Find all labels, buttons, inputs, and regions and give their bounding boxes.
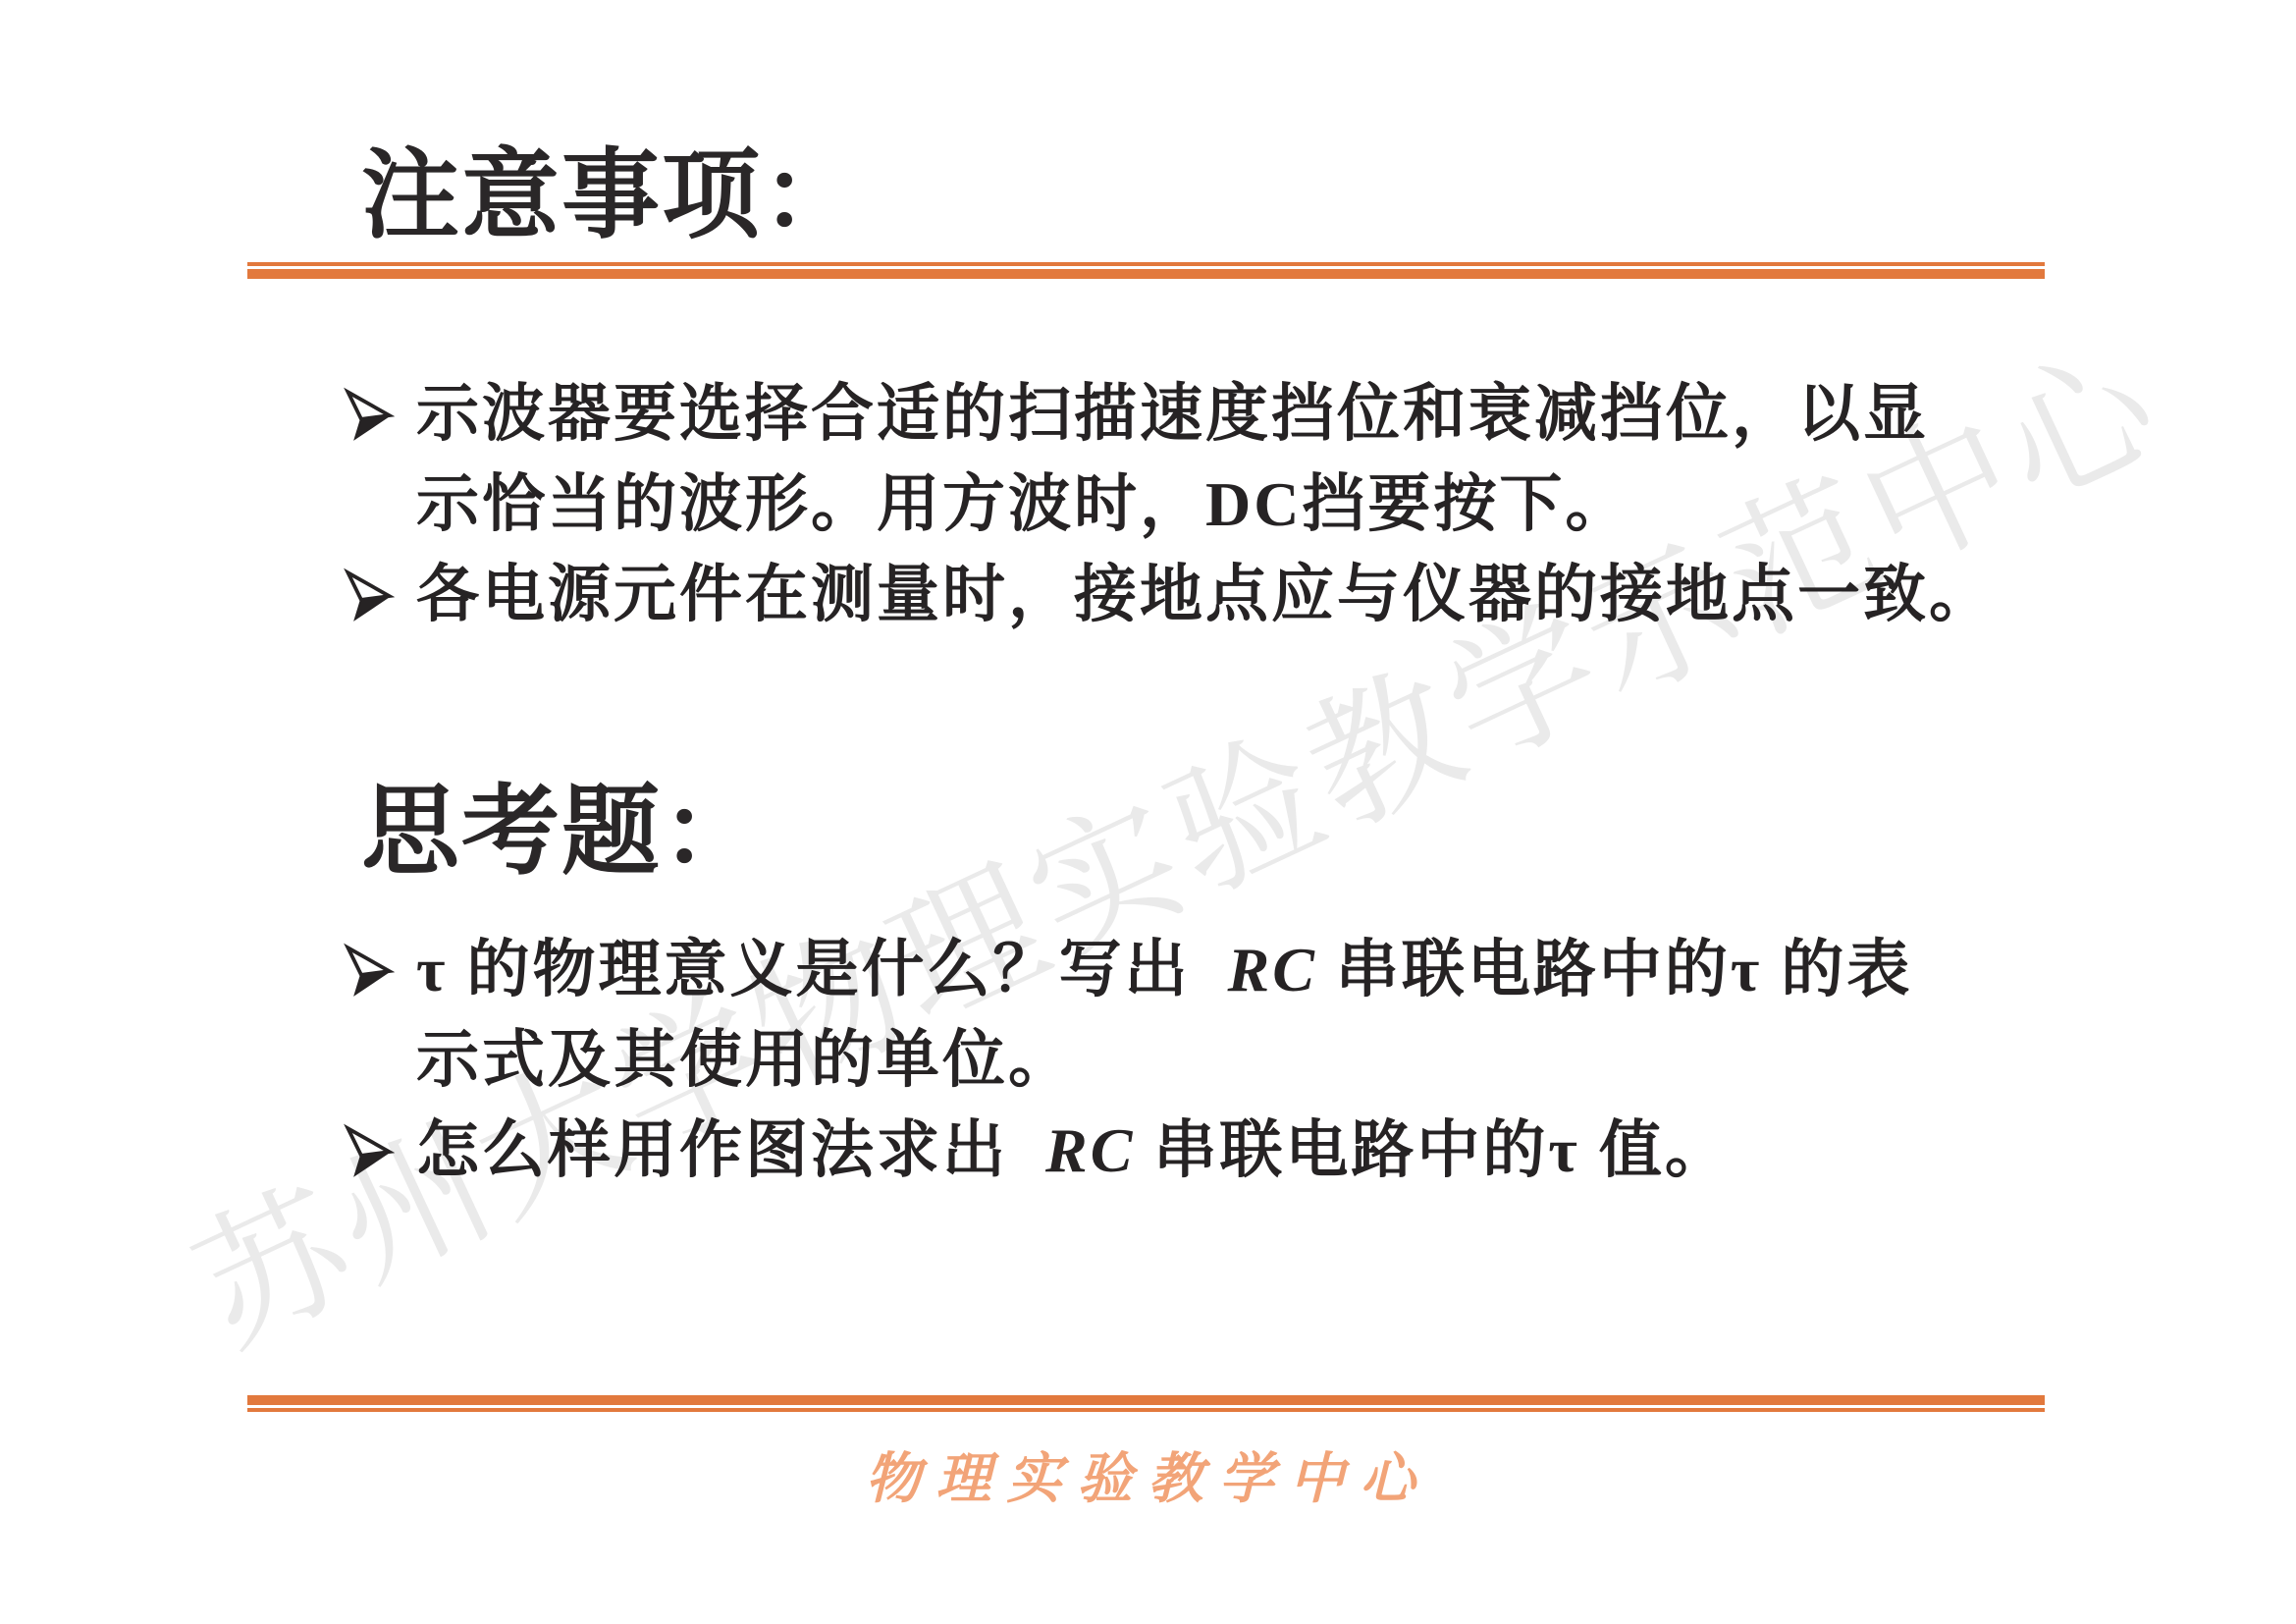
question-item-2-post: 串联电路中的τ 值。 (1135, 1115, 1731, 1185)
note-item-2-line-1: 各电源元件在测量时，接地点应与仪器的接地点一致。 (416, 550, 1995, 640)
question-item-2-line-1: 怎么样用作图法求出 RC 串联电路中的τ 值。 (416, 1106, 1731, 1196)
list-item: 怎么样用作图法求出 RC 串联电路中的τ 值。 (342, 1106, 1912, 1196)
list-item: 各电源元件在测量时，接地点应与仪器的接地点一致。 (342, 550, 1995, 640)
top-divider-thick-line (247, 269, 2045, 279)
question-item-1-line-1-pre: τ 的物理意义是什么？写出 (416, 935, 1228, 1004)
rc-math-symbol: RC (1228, 935, 1317, 1004)
bottom-divider-thin-line (247, 1408, 2045, 1412)
note-item-1-line-2: 示恰当的波形。用方波时，DC挡要按下。 (416, 460, 1929, 550)
list-item: τ 的物理意义是什么？写出 RC 串联电路中的τ 的表 示式及其使用的单位。 (342, 925, 1912, 1106)
question-item-2-text: 怎么样用作图法求出 RC 串联电路中的τ 值。 (416, 1106, 1731, 1196)
questions-section-title: 思考题： (361, 752, 762, 893)
bottom-divider-thick-line (247, 1395, 2045, 1405)
presentation-slide: 苏州大学物理实验教学示范中心 注意事项： 示波器要选择合适的扫描速度挡位和衰减挡… (0, 0, 2296, 1624)
question-item-1-line-2: 示式及其使用的单位。 (416, 1015, 1912, 1106)
note-item-1-text: 示波器要选择合适的扫描速度挡位和衰减挡位，以显 示恰当的波形。用方波时，DC挡要… (416, 369, 1929, 550)
questions-bullet-list: τ 的物理意义是什么？写出 RC 串联电路中的τ 的表 示式及其使用的单位。 怎… (342, 925, 1912, 1196)
arrow-bullet-icon (342, 925, 416, 998)
arrow-bullet-icon (342, 369, 416, 442)
question-item-2-pre: 怎么样用作图法求出 (416, 1115, 1045, 1185)
question-item-1-line-1: τ 的物理意义是什么？写出 RC 串联电路中的τ 的表 (416, 925, 1912, 1015)
note-item-2-text: 各电源元件在测量时，接地点应与仪器的接地点一致。 (416, 550, 1995, 640)
rc-math-symbol: RC (1045, 1115, 1135, 1185)
question-item-1-line-1-post: 串联电路中的τ 的表 (1317, 935, 1913, 1004)
question-item-1-text: τ 的物理意义是什么？写出 RC 串联电路中的τ 的表 示式及其使用的单位。 (416, 925, 1912, 1106)
arrow-bullet-icon (342, 1106, 416, 1178)
notes-section-title: 注意事项： (361, 116, 862, 257)
footer-calligraphy-text: 物理实验教学中心 (866, 1435, 1431, 1514)
arrow-bullet-icon (342, 550, 416, 623)
top-divider (247, 262, 2045, 279)
notes-bullet-list: 示波器要选择合适的扫描速度挡位和衰减挡位，以显 示恰当的波形。用方波时，DC挡要… (342, 369, 1995, 640)
note-item-1-line-1: 示波器要选择合适的扫描速度挡位和衰减挡位，以显 (416, 369, 1929, 460)
list-item: 示波器要选择合适的扫描速度挡位和衰减挡位，以显 示恰当的波形。用方波时，DC挡要… (342, 369, 1995, 550)
bottom-divider (247, 1395, 2045, 1412)
